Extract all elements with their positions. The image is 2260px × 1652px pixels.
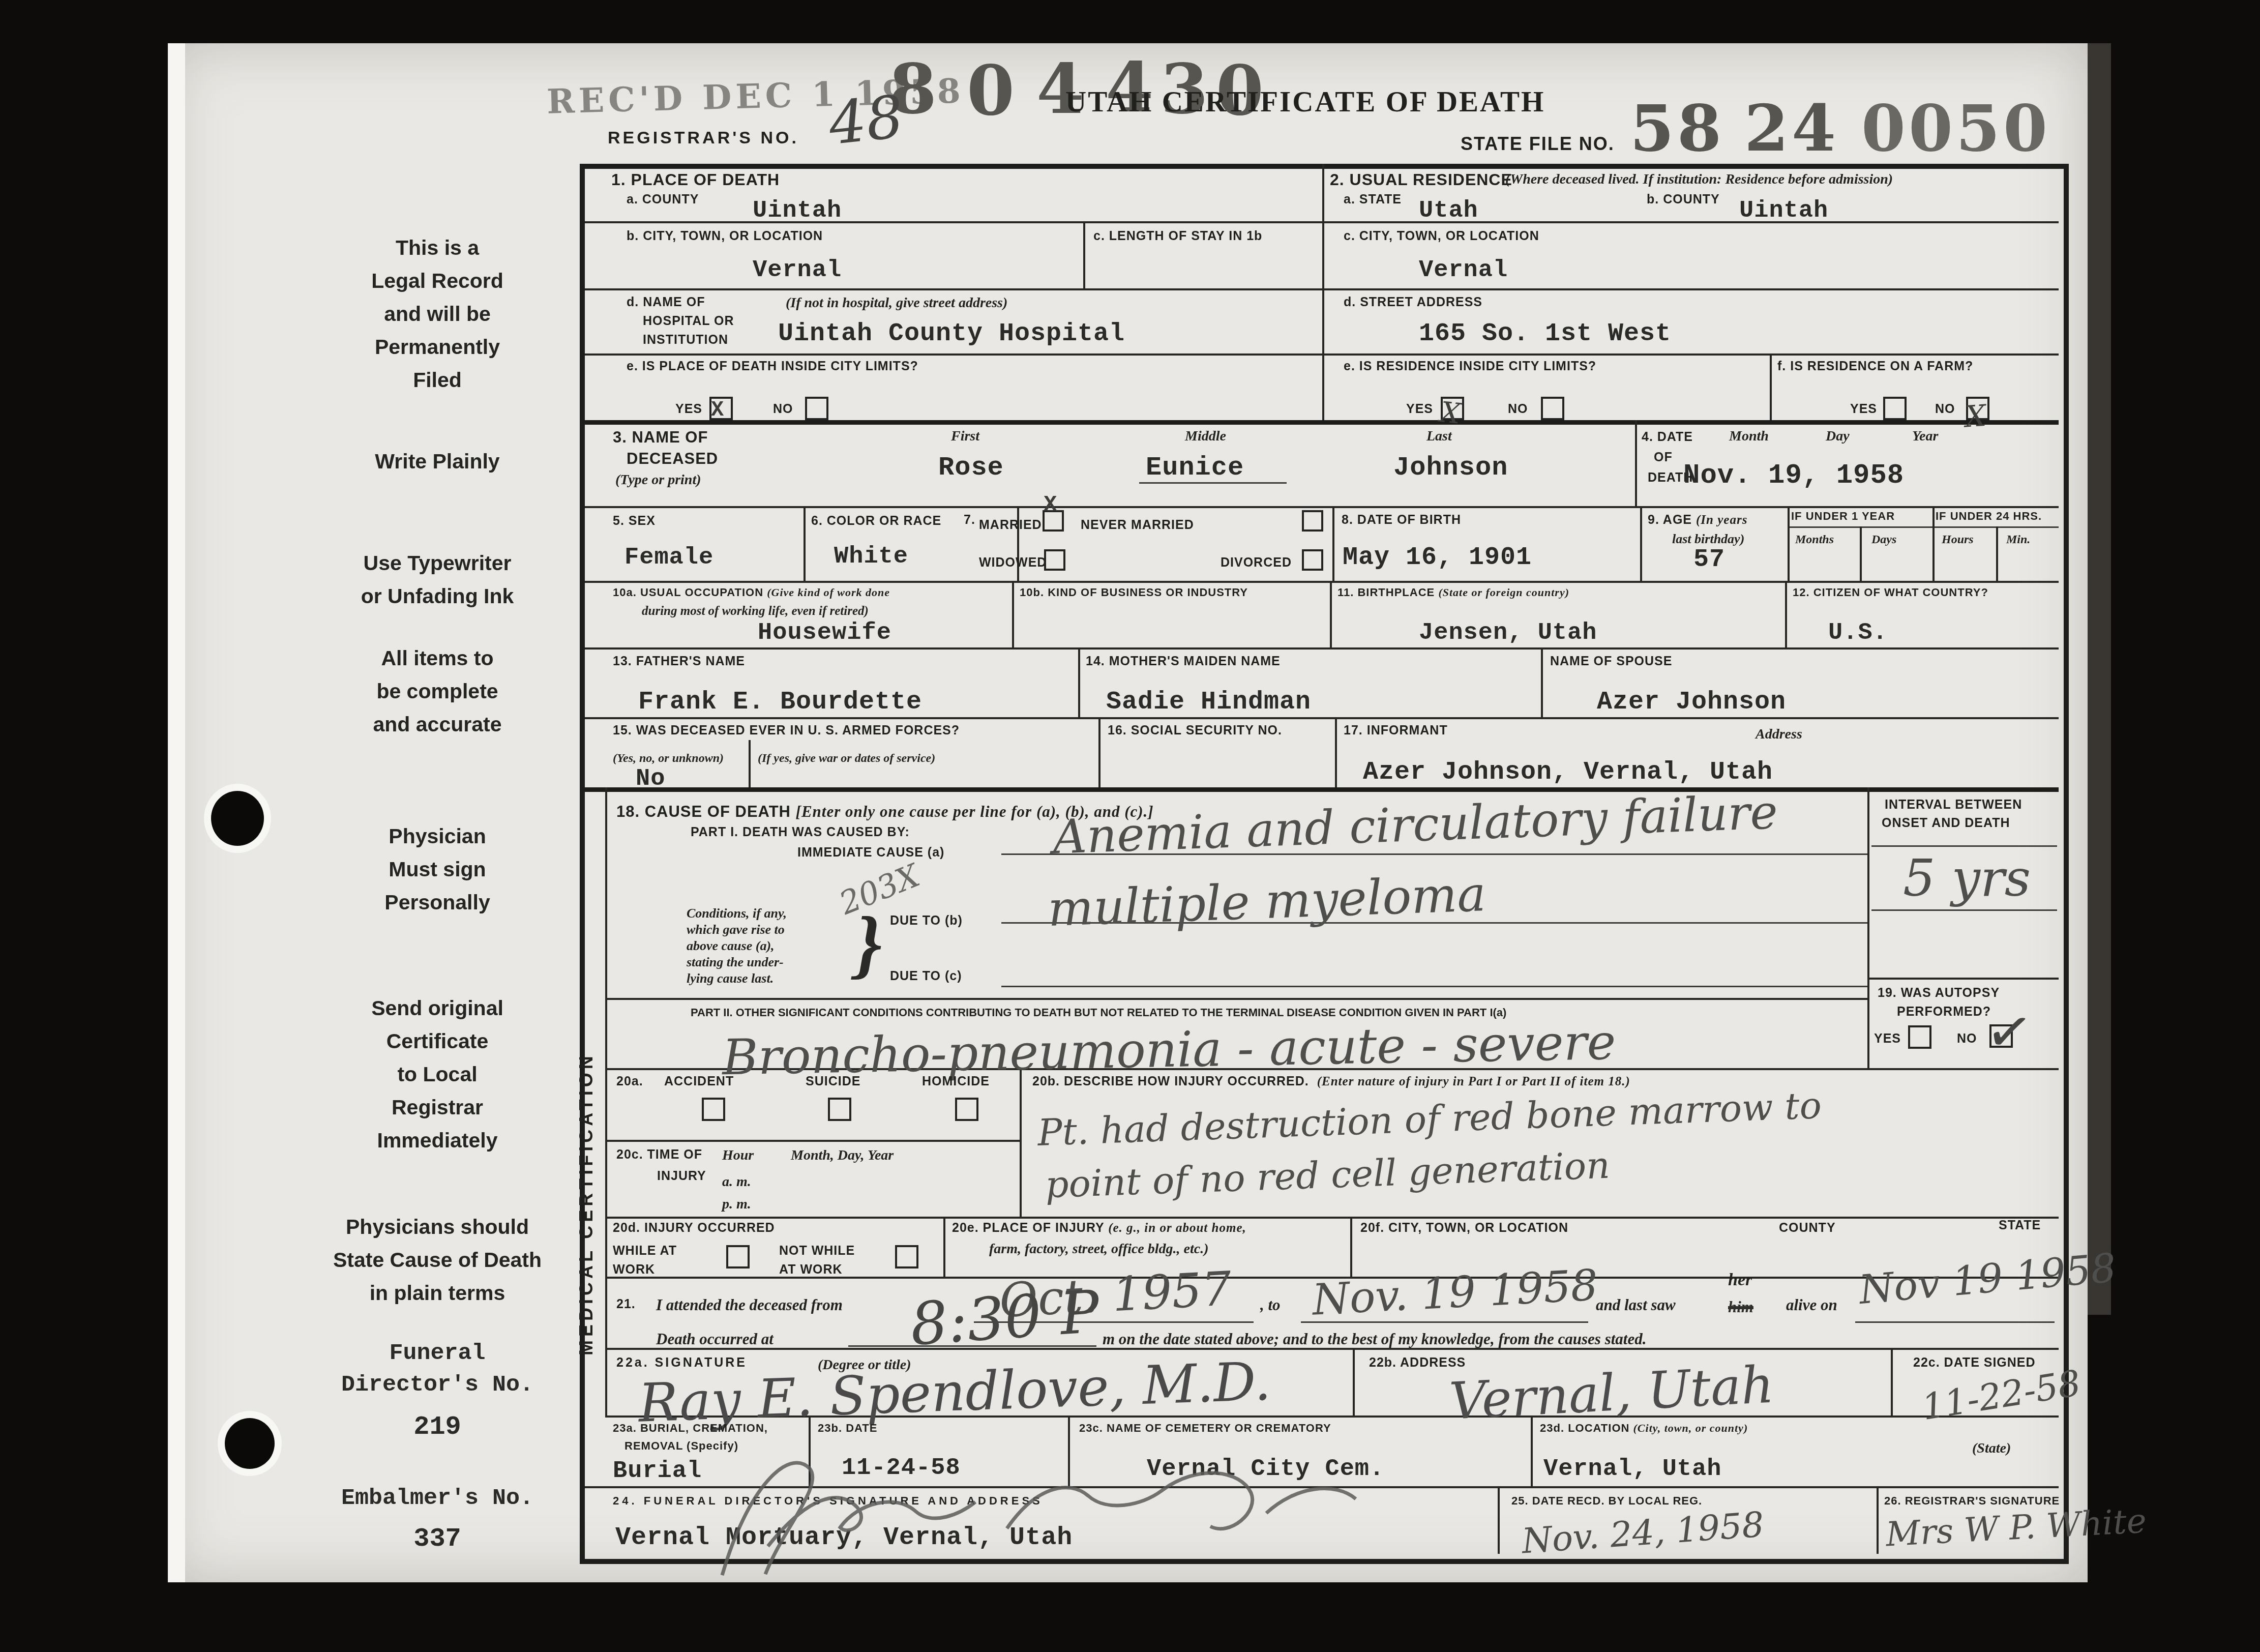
s2f-label: f. IS RESIDENCE ON A FARM? — [1777, 359, 1973, 374]
s2f-yes-checkbox — [1883, 397, 1907, 420]
due-to-b-label: DUE TO (b) — [890, 913, 963, 928]
margin-note: Write Plainly — [285, 445, 590, 478]
s20f-county: COUNTY — [1779, 1221, 1836, 1235]
grid-line — [1098, 717, 1101, 787]
s2c-label: c. CITY, TOWN, OR LOCATION — [1344, 229, 1539, 244]
s20d-whileat-checkbox — [726, 1245, 750, 1268]
s1b-label: b. CITY, TOWN, OR LOCATION — [627, 229, 823, 244]
s20c-mdy: Month, Day, Year — [791, 1147, 894, 1164]
s5-value: Female — [625, 544, 713, 571]
immediate-cause-label: IMMEDIATE CAUSE (a) — [797, 845, 944, 860]
s7-num: 7. — [964, 513, 975, 527]
s11-value: Jensen, Utah — [1419, 619, 1597, 646]
s15-value: No — [636, 765, 665, 792]
s22b-label: 22b. ADDRESS — [1369, 1355, 1466, 1370]
grid-line — [749, 740, 751, 787]
s3-label: DECEASED — [627, 450, 718, 468]
s3-last-value: Johnson — [1393, 453, 1508, 483]
s19-label: PERFORMED? — [1897, 1005, 1991, 1019]
grid-line — [1785, 581, 1787, 647]
s7-never: NEVER MARRIED — [1081, 518, 1194, 533]
s20d-notwhile-checkbox — [895, 1245, 918, 1268]
punch-hole — [211, 791, 264, 846]
s7-divorced-checkbox — [1302, 549, 1323, 571]
margin-note: This is aLegal Record and will bePermane… — [285, 231, 590, 397]
funeral-director-no-value: 219 — [275, 1411, 600, 1443]
s7-married-x: X — [1044, 492, 1057, 518]
s23d-state-note: (State) — [1972, 1440, 2011, 1457]
state-file-number: 24 — [1744, 92, 1839, 166]
grid-line — [585, 288, 2059, 290]
s22c-label: 22c. DATE SIGNED — [1913, 1355, 2036, 1370]
s16-label: 16. SOCIAL SECURITY NO. — [1108, 723, 1282, 738]
s10a-label: 10a. USUAL OCCUPATION (Give kind of work… — [613, 586, 890, 599]
grid-line — [1996, 526, 1998, 581]
grid-line — [585, 506, 2059, 508]
s2d-value: 165 So. 1st West — [1419, 319, 1671, 348]
grid-line — [1083, 221, 1085, 288]
grid-line — [585, 420, 2059, 425]
s1b-value: Vernal — [753, 257, 842, 284]
middle-name-underline — [1139, 482, 1287, 484]
s20b-label: 20b. DESCRIBE HOW INJURY OCCURRED. (Ente… — [1032, 1074, 1630, 1089]
s10a-value: Housewife — [758, 619, 891, 646]
grid-line — [1330, 581, 1332, 647]
s20a-homicide: HOMICIDE — [922, 1074, 990, 1089]
grid-line — [1353, 1348, 1355, 1415]
s20a-suicide-checkbox — [828, 1098, 851, 1121]
s20a-suicide: SUICIDE — [806, 1074, 860, 1089]
s19-no: NO — [1957, 1031, 1977, 1046]
funeral-director-no: FuneralDirector's No. — [275, 1338, 600, 1401]
s2f-yes: YES — [1850, 402, 1877, 417]
s20d-work: WORK — [613, 1262, 655, 1277]
s20c-label: INJURY — [657, 1169, 706, 1184]
s2e-no: NO — [1508, 402, 1528, 417]
s12-value: U.S. — [1828, 619, 1888, 646]
s15-note2: (If yes, give war or dates of service) — [758, 752, 935, 765]
grid-line — [1891, 1348, 1893, 1415]
s1d-label: d. NAME OF — [627, 295, 705, 310]
s9-months-header: Months — [1795, 533, 1834, 547]
s21-text2: , to — [1260, 1296, 1281, 1314]
s4-month-header: Month — [1729, 428, 1769, 445]
s20c-hour: Hour — [722, 1147, 754, 1164]
s9-hours-header: Hours — [1942, 533, 1974, 547]
s21-blank — [1855, 1321, 2055, 1323]
embalmer-no-value: 337 — [275, 1523, 600, 1555]
s20a-homicide-checkbox — [955, 1098, 978, 1121]
state-file-number: 58 — [1630, 92, 1724, 166]
s3-first-header: First — [951, 428, 979, 445]
s7-divorced: DIVORCED — [1221, 555, 1292, 570]
s4-year-header: Year — [1912, 428, 1938, 445]
s21-time: 8:30 P — [908, 1278, 1102, 1359]
s2-header-note: (Where deceased lived. If institution: R… — [1505, 171, 1893, 188]
s7-never-checkbox — [1302, 510, 1323, 532]
margin-note: Use Typewriteror Unfading Ink — [285, 547, 590, 613]
scanned-death-certificate: REC'D DEC 1 1958 8 0 4 4 3 0 REGISTRAR'S… — [0, 0, 2260, 1652]
s8-value: May 16, 1901 — [1343, 543, 1532, 572]
s19-yes: YES — [1874, 1031, 1901, 1046]
s20e-note2: farm, factory, street, office bldg., etc… — [989, 1241, 1209, 1257]
s2e-label: e. IS RESIDENCE INSIDE CITY LIMITS? — [1344, 359, 1596, 374]
grid-line — [1350, 1217, 1352, 1277]
s21-text6: m on the date stated above; and to the b… — [1103, 1330, 1646, 1348]
grid-line — [1932, 506, 1935, 581]
s2a-label: a. STATE — [1344, 192, 1402, 207]
penciled-digit: 0 — [967, 50, 1015, 131]
s20a-num: 20a. — [616, 1074, 643, 1089]
grid-line — [1788, 526, 2059, 528]
s20d-label: 20d. INJURY OCCURRED — [613, 1221, 775, 1235]
grid-line — [585, 581, 2059, 583]
s6-value: White — [834, 543, 908, 570]
s1d-note: (If not in hospital, give street address… — [786, 295, 1007, 311]
s13-value: Frank E. Bourdette — [638, 688, 922, 717]
s19-label: 19. WAS AUTOPSY — [1878, 986, 2000, 1000]
s5-label: 5. SEX — [613, 514, 656, 528]
grid-line — [1335, 717, 1337, 787]
s15-note1: (Yes, no, or unknown) — [613, 752, 724, 765]
s2-header: 2. USUAL RESIDENCE — [1330, 170, 1512, 189]
due-to-c-label: DUE TO (c) — [890, 969, 962, 984]
s1a-value: Uintah — [753, 197, 842, 224]
s8-label: 8. DATE OF BIRTH — [1342, 513, 1461, 527]
grid-line — [585, 787, 2059, 792]
punch-hole — [225, 1418, 275, 1469]
s1d-value: Uintah County Hospital — [778, 319, 1125, 348]
part1-label: PART I. DEATH WAS CAUSED BY: — [691, 825, 910, 840]
s4-day-header: Day — [1826, 428, 1850, 445]
registrar-no-value: 48 — [825, 83, 907, 159]
paper-left-edge — [168, 43, 185, 1582]
s15-label: 15. WAS DECEASED EVER IN U. S. ARMED FOR… — [613, 723, 960, 738]
margin-note: All items tobe completeand accurate — [285, 642, 590, 741]
state-file-number: 0050 — [1861, 92, 2050, 166]
grid-line — [605, 998, 1867, 1000]
s9-label: 9. AGE (In years — [1648, 513, 1747, 527]
s3-label: 3. NAME OF — [613, 428, 708, 447]
book-edge — [2088, 43, 2111, 1315]
grid-line — [585, 717, 2059, 719]
s20f-label: 20f. CITY, TOWN, OR LOCATION — [1360, 1221, 1568, 1235]
s10b-label: 10b. KIND OF BUSINESS OR INDUSTRY — [1020, 586, 1248, 599]
s2e-yes-x: X — [1439, 396, 1462, 431]
grid-line — [1541, 647, 1543, 717]
s19-no-check: ✓ — [1982, 996, 2037, 1068]
grid-line — [1332, 506, 1334, 581]
s14-value: Sadie Hindman — [1106, 688, 1311, 717]
s14-label: 14. MOTHER'S MAIDEN NAME — [1086, 654, 1281, 669]
s9-min-header: Min. — [2006, 533, 2030, 547]
s2e-no-checkbox — [1541, 397, 1564, 420]
s9-under1-label: IF UNDER 1 YEAR — [1791, 510, 1895, 523]
margin-note: Send originalCertificateto Local Registr… — [285, 992, 590, 1157]
interval-value: 5 yrs — [1903, 848, 2031, 908]
interval-label: ONSET AND DEATH — [1882, 816, 2010, 831]
s20d-atwork: AT WORK — [779, 1262, 843, 1277]
embalmer-no: Embalmer's No. — [275, 1483, 600, 1514]
margin-note: PhysicianMust signPersonally — [285, 820, 590, 919]
state-file-label: STATE FILE NO. — [1461, 133, 1615, 155]
s26-label: 26. REGISTRAR'S SIGNATURE — [1884, 1494, 2060, 1508]
grid-line — [1871, 909, 2057, 911]
grid-line — [1020, 1068, 1022, 1217]
s23d-label: 23d. LOCATION (City, town, or county) — [1540, 1422, 1748, 1435]
s17-value: Azer Johnson, Vernal, Utah — [1363, 758, 1773, 787]
s9-days-header: Days — [1871, 533, 1896, 547]
s1-header: 1. PLACE OF DEATH — [611, 170, 780, 189]
grid-line — [1788, 506, 1790, 581]
s1e-label: e. IS PLACE OF DEATH INSIDE CITY LIMITS? — [627, 359, 918, 374]
grid-line — [1867, 978, 2059, 980]
s21-text4: alive on — [1786, 1296, 1837, 1314]
s7-married: MARRIED — [979, 518, 1042, 533]
s20d-whileat: WHILE AT — [613, 1244, 677, 1258]
s6-label: 6. COLOR OR RACE — [811, 514, 941, 528]
s20f-state: STATE — [1999, 1218, 2041, 1233]
conditions-brace: } — [855, 900, 882, 988]
s23b-label: 23b. DATE — [818, 1422, 877, 1435]
s7-widowed-checkbox — [1044, 549, 1065, 571]
grid-line — [804, 506, 806, 581]
s19-yes-checkbox — [1908, 1025, 1931, 1049]
s2e-yes: YES — [1406, 402, 1433, 417]
s22a-label: 22a. SIGNATURE — [616, 1355, 747, 1370]
grid-line — [605, 1217, 2059, 1219]
s3-middle-header: Middle — [1185, 428, 1226, 445]
s1d-label: INSTITUTION — [643, 333, 728, 347]
s2a-value: Utah — [1419, 197, 1478, 224]
s1e-no: NO — [773, 402, 793, 417]
s21-text1: I attended the deceased from — [656, 1296, 843, 1314]
grid-line — [585, 353, 2059, 356]
s20a-accident: ACCIDENT — [664, 1074, 734, 1089]
grid-line — [1078, 647, 1080, 717]
s3-note: (Type or print) — [615, 472, 701, 488]
s4-label: 4. DATE — [1642, 430, 1693, 445]
s25-label: 25. DATE RECD. BY LOCAL REG. — [1511, 1494, 1702, 1508]
s2b-value: Uintah — [1739, 197, 1828, 224]
grid-line — [943, 1217, 945, 1277]
grid-line — [1322, 164, 1324, 420]
s4-label: OF — [1654, 450, 1673, 465]
s2f-no: NO — [1935, 402, 1955, 417]
conditions-note: Conditions, if any,which gave rise to ab… — [687, 905, 854, 987]
s1e-yes-x: X — [711, 398, 724, 422]
s20e-label: 20e. PLACE OF INJURY (e. g., in or about… — [952, 1221, 1246, 1235]
interval-label: INTERVAL BETWEEN — [1885, 798, 2022, 812]
s2b-label: b. COUNTY — [1647, 192, 1720, 207]
funeral-director-signature — [661, 1442, 1424, 1578]
s23d-value: Vernal, Utah — [1543, 1456, 1721, 1483]
grid-line — [1871, 845, 2057, 847]
grid-line — [1867, 787, 1869, 1068]
grid-line — [1635, 420, 1637, 506]
grid-line — [585, 647, 2059, 650]
s1e-yes: YES — [675, 402, 702, 417]
s20d-notwhile: NOT WHILE — [779, 1244, 855, 1258]
s21-text3: and last saw — [1596, 1296, 1676, 1314]
grid-line — [1640, 506, 1642, 581]
s1a-label: a. COUNTY — [627, 192, 699, 207]
s20c-am: a. m. — [722, 1174, 751, 1190]
s21-her: her — [1728, 1271, 1752, 1290]
s20c-pm: p. m. — [722, 1196, 751, 1213]
s1c-label: c. LENGTH OF STAY IN 1b — [1093, 229, 1262, 244]
grid-line — [605, 787, 607, 1415]
s12-label: 12. CITIZEN OF WHAT COUNTRY? — [1793, 586, 1988, 599]
s20c-label: 20c. TIME OF — [616, 1147, 702, 1162]
s1e-no-checkbox — [805, 397, 828, 420]
s23c-label: 23c. NAME OF CEMETERY OR CREMATORY — [1079, 1422, 1331, 1435]
s20a-accident-checkbox — [702, 1098, 725, 1121]
s2c-value: Vernal — [1419, 257, 1508, 284]
s7-widowed: WIDOWED — [979, 555, 1047, 570]
spouse-value: Azer Johnson — [1597, 688, 1786, 717]
s11-label: 11. BIRTHPLACE (State or foreign country… — [1337, 586, 1569, 599]
s9-under24-label: IF UNDER 24 HRS. — [1936, 510, 2042, 523]
s17-label: 17. INFORMANT — [1344, 723, 1448, 738]
s21-text5: Death occurred at — [656, 1330, 774, 1348]
s3-last-header: Last — [1426, 428, 1452, 445]
margin-note: Physicians shouldState Cause of Deathin … — [285, 1211, 590, 1310]
registrar-no-label: REGISTRAR'S NO. — [608, 128, 799, 148]
s1d-label: HOSPITAL OR — [643, 314, 734, 329]
s9-value: 57 — [1693, 545, 1725, 574]
s9-note: last birthday) — [1672, 532, 1744, 547]
spouse-label: NAME OF SPOUSE — [1550, 654, 1672, 669]
s21-him-struck: him — [1728, 1298, 1753, 1316]
s23a-label: 23a. BURIAL, CREMATION, — [613, 1422, 768, 1435]
grid-line — [1498, 1486, 1500, 1554]
s3-first-value: Rose — [938, 453, 1004, 483]
s10a-note: during most of working life, even if ret… — [642, 604, 869, 618]
s9-note: (In years — [1696, 513, 1747, 527]
s17-address-label: Address — [1756, 726, 1802, 743]
grid-line — [1860, 526, 1862, 581]
page-title: UTAH CERTIFICATE OF DEATH — [1065, 85, 1545, 119]
s13-label: 13. FATHER'S NAME — [613, 654, 745, 669]
s2d-label: d. STREET ADDRESS — [1344, 295, 1482, 310]
grid-line — [1770, 353, 1772, 420]
cause-c-line — [1001, 986, 1867, 987]
grid-line — [605, 1140, 1020, 1142]
s2f-no-x: X — [1964, 398, 1987, 434]
grid-line — [1877, 1486, 1879, 1554]
grid-line — [1012, 581, 1014, 647]
s21-num: 21. — [616, 1297, 636, 1312]
s3-middle-value: Eunice — [1146, 453, 1244, 483]
s4-value: Nov. 19, 1958 — [1683, 460, 1904, 491]
medical-certification-label: MEDICAL CERTIFICATION — [576, 1052, 597, 1355]
